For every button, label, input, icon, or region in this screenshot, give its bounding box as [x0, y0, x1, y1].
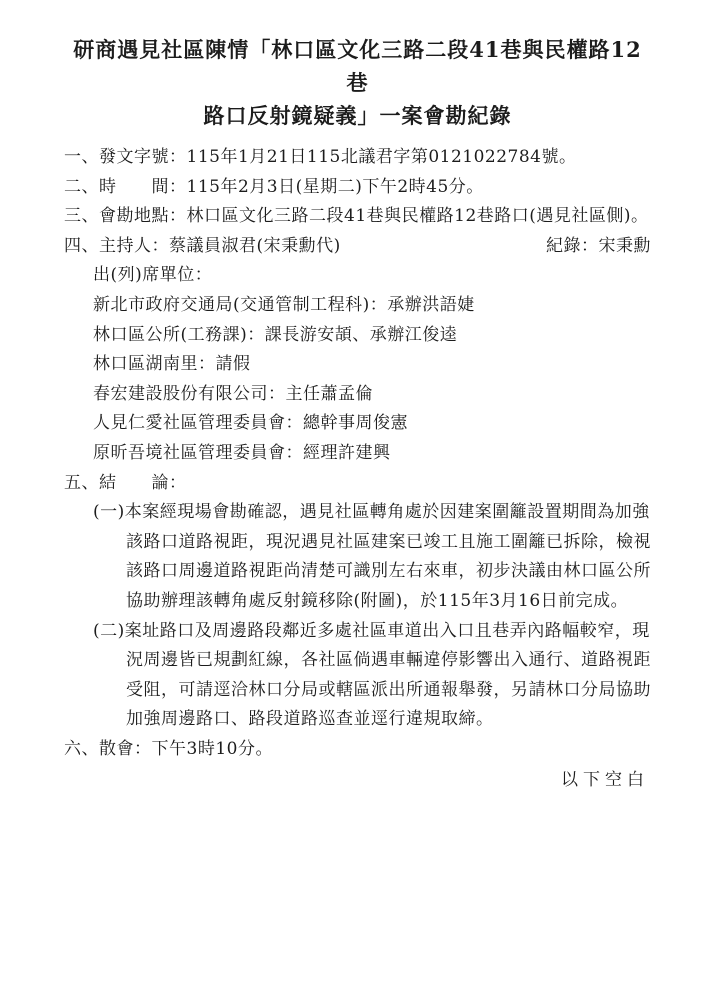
attendee-line-district-office: 林口區公所(工務課)：課長游安頡、承辦江俊逵 [64, 321, 651, 351]
attendee-line-yuanxin-wujing-committee: 原昕吾境社區管理委員會：經理許建興 [64, 439, 651, 469]
recorder-label: 紀錄：宋秉勳 [546, 232, 651, 262]
title-line-1: 研商遇見社區陳情「林口區文化三路二段41巷與民權路12巷 [64, 33, 651, 99]
adjournment-line: 六、散會：下午3時10分。 [64, 735, 651, 765]
meeting-location-line: 三、會勘地點：林口區文化三路二段41巷與民權路12巷路口(遇見社區側)。 [64, 202, 651, 232]
title-line-2: 路口反射鏡疑義」一案會勘紀錄 [64, 99, 651, 132]
document-title: 研商遇見社區陳情「林口區文化三路二段41巷與民權路12巷 路口反射鏡疑義」一案會… [64, 33, 651, 132]
host-recorder-row: 四、主持人：蔡議員淑君(宋秉勳代) 紀錄：宋秉勳 [64, 232, 651, 262]
attendee-line-transport-bureau: 新北市政府交通局(交通管制工程科)：承辦洪語婕 [64, 291, 651, 321]
conclusion-2-line: 況周邊皆已規劃紅線，各社區倘遇車輛違停影響出入通行、道路視距 [64, 646, 651, 676]
attendee-line-renjian-renai-committee: 人見仁愛社區管理委員會：總幹事周俊憲 [64, 409, 651, 439]
attendees-header: 出(列)席單位： [64, 261, 651, 291]
conclusion-header: 五、結 論： [64, 469, 651, 499]
attendee-line-chunhong-construction: 春宏建設股份有限公司：主任蕭孟倫 [64, 380, 651, 410]
conclusion-2-line: 受阻，可請逕洽林口分局或轄區派出所通報舉發，另請林口分局協助 [64, 676, 651, 706]
host-label: 四、主持人：蔡議員淑君(宋秉勳代) [64, 232, 341, 262]
document-page: 研商遇見社區陳情「林口區文化三路二段41巷與民權路12巷 路口反射鏡疑義」一案會… [0, 0, 707, 1000]
conclusion-1-line: 該路口周邊道路視距尚清楚可識別左右來車，初步決議由林口區公所 [64, 557, 651, 587]
blank-below-note: 以下空白 [64, 766, 651, 796]
conclusion-1-line: 協助辦理該轉角處反射鏡移除(附圖)，於115年3月16日前完成。 [64, 587, 651, 617]
conclusion-1-line: (一)本案經現場會勘確認，遇見社區轉角處於因建案圍籬設置期間為加強 [64, 498, 651, 528]
conclusion-1-line: 該路口道路視距，現況遇見社區建案已竣工且施工圍籬已拆除，檢視 [64, 528, 651, 558]
document-body: 一、發文字號：115年1月21日115北議君字第0121022784號。 二、時… [64, 143, 651, 796]
meeting-time-line: 二、時 間：115年2月3日(星期二)下午2時45分。 [64, 173, 651, 203]
attendee-line-hunan-village: 林口區湖南里：請假 [64, 350, 651, 380]
conclusion-2-line: 加強周邊路口、路段道路巡查並逕行違規取締。 [64, 705, 651, 735]
doc-number-line: 一、發文字號：115年1月21日115北議君字第0121022784號。 [64, 143, 651, 173]
conclusion-2-line: (二)案址路口及周邊路段鄰近多處社區車道出入口且巷弄內路幅較窄，現 [64, 617, 651, 647]
